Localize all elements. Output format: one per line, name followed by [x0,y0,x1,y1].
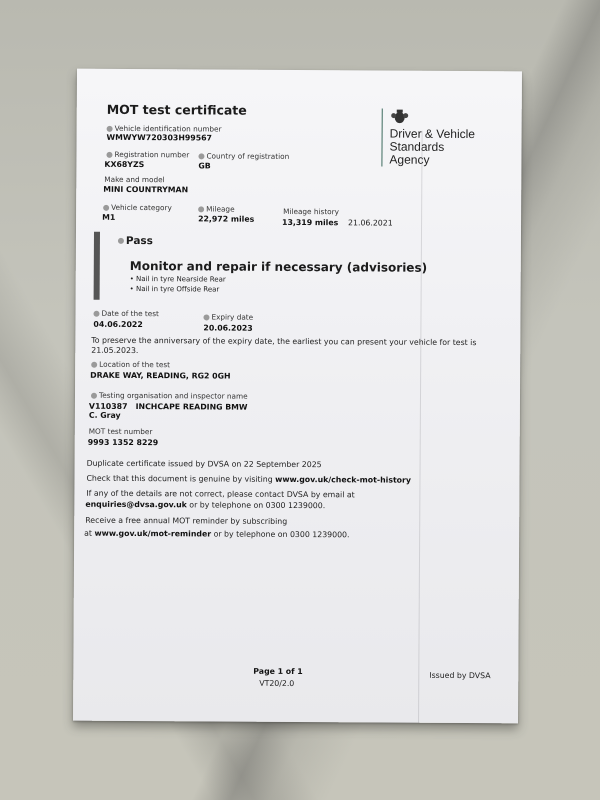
reminder-line-1: Receive a free annual MOT reminder by su… [85,516,287,526]
flag-icon [198,153,204,159]
check-mot-history-link[interactable]: www.gov.uk/check-mot-history [275,475,411,485]
contact-email-link[interactable]: enquiries@dvsa.gov.uk [85,500,187,510]
calendar-icon [93,311,99,317]
duplicate-notice: Duplicate certificate issued by DVSA on … [87,459,322,469]
agency-line-3: Agency [389,154,509,168]
country-label: Country of registration [198,151,289,161]
page-number: Page 1 of 1 [253,667,302,676]
contact-line-2: enquiries@dvsa.gov.uk or by telephone on… [85,500,325,510]
location-value: DRAKE WAY, READING, RG2 0GH [90,371,230,381]
result-status: Pass [118,235,153,247]
contact-line-1: If any of the details are not correct, p… [86,489,354,500]
make-model-label: Make and model [104,175,164,184]
category-icon [103,205,109,211]
vin-value: WMWYW720303H99567 [107,133,212,143]
advisory-item: • Nail in tyre Offside Rear [130,285,220,294]
calendar-icon [203,314,209,320]
mot-reminder-link[interactable]: www.gov.uk/mot-reminder [94,529,211,539]
category-label: Vehicle category [103,203,172,212]
mileage-history-label: Mileage history [283,207,339,216]
tester-icon [91,393,97,399]
test-number-value: 9993 1352 8229 [88,438,159,447]
advisory-heading: Monitor and repair if necessary (advisor… [130,259,427,275]
advisory-item: • Nail in tyre Nearside Rear [130,275,226,284]
make-model-value: MINI COUNTRYMAN [103,185,188,195]
check-genuine-text: Check that this document is genuine by v… [86,474,411,485]
registration-value: KX68YZS [104,160,144,169]
expiry-date-label: Expiry date [203,312,253,321]
issued-by: Issued by DVSA [429,671,490,680]
royal-crest-icon [390,109,410,125]
location-label: Location of the test [91,360,170,369]
mot-certificate-page: MOT test certificate Driver & Vehicle St… [73,69,522,724]
mileage-history-value: 13,319 miles [282,218,338,227]
category-value: M1 [102,213,115,222]
test-date-label: Date of the test [93,309,158,318]
info-icon [107,126,113,132]
mileage-value: 22,972 miles [198,214,254,223]
car-icon [106,152,112,158]
mileage-label: Mileage [198,204,234,213]
reminder-line-2: at www.gov.uk/mot-reminder or by telepho… [84,529,349,540]
country-value: GB [198,161,210,170]
expiry-note-line-2: 21.05.2023. [91,346,138,355]
registration-label: Registration number [106,150,189,160]
test-number-label: MOT test number [89,427,153,436]
result-icon [118,238,124,244]
expiry-note-line-1: To preserve the anniversary of the expir… [91,336,476,347]
inspector-name: C. Gray [89,411,121,420]
dvsa-logo: Driver & Vehicle Standards Agency [381,109,509,168]
form-code: VT20/2.0 [259,679,294,688]
odometer-icon [198,206,204,212]
tester-label: Testing organisation and inspector name [91,391,248,401]
test-date-value: 04.06.2022 [93,320,142,329]
result-bar [94,232,100,300]
document-title: MOT test certificate [107,102,247,118]
location-icon [91,362,97,368]
expiry-date-value: 20.06.2023 [203,323,252,332]
mileage-history-date: 21.06.2021 [348,218,393,227]
